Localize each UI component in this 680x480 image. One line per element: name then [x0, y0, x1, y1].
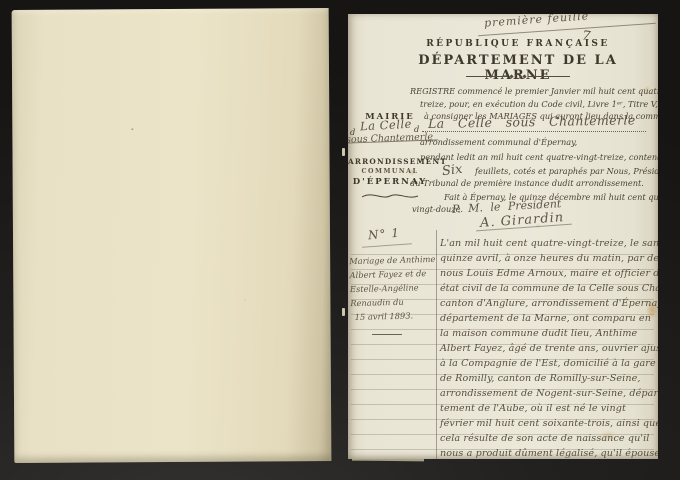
margin-vertical-rule — [436, 230, 437, 459]
act-body-line: cela résulte de son acte de naissance qu… — [440, 433, 658, 448]
register-paragraph-line: REGISTRE commencé le premier Janvier mil… — [410, 86, 658, 97]
act-body-text: L'an mil huit cent quatre-vingt-treize, … — [440, 238, 658, 459]
act-body-line: la maison commune dudit lieu, Anthime — [440, 328, 658, 343]
ornament-divider — [466, 73, 570, 79]
arrondissement-label: ARRONDISSEMENT — [348, 157, 432, 166]
feuillets-printed-text: feuillets, cotés et paraphés par Nous, P… — [475, 166, 658, 176]
ornament-bar — [466, 76, 508, 77]
paper-speck — [244, 300, 245, 301]
act-body-line: quinze avril, à onze heures du matin, pa… — [440, 253, 658, 268]
act-body-line: canton d'Anglure, arrondissement d'Épern… — [440, 298, 658, 313]
act-body-line: état civil de la commune de la Celle sou… — [440, 283, 658, 298]
act-number: N° 1 — [367, 226, 400, 243]
act-body-line: tement de l'Aube, où il est né le vingt — [440, 403, 658, 418]
left-page-blank — [12, 8, 332, 463]
ornament-bar — [528, 76, 570, 77]
binding-stitch — [342, 148, 345, 156]
flourish-ornament — [360, 191, 420, 201]
act-body-line: Albert Fayez, âgé de trente ans, ouvrier… — [440, 343, 658, 358]
register-scan-photo: première feuille 7 RÉPUBLIQUE FRANÇAISE … — [0, 0, 680, 480]
republic-title: RÉPUBLIQUE FRANÇAISE — [403, 39, 633, 49]
register-feuillets-line: Six feuillets, cotés et paraphés par Nou… — [410, 165, 658, 177]
margin-note: Mariage de Anthime Albert Fayez et de Es… — [349, 254, 437, 326]
act-body-line: arrondissement de Nogent-sur-Seine, dépa… — [440, 388, 658, 403]
act-body-line: à la Compagnie de l'Est, domicilié à la … — [440, 358, 658, 373]
act-body-line: nous a produit dûment légalisé, qu'il ép… — [440, 448, 658, 459]
register-paragraph-line: treize, pour, en exécution du Code civil… — [420, 99, 658, 110]
right-page: première feuille 7 RÉPUBLIQUE FRANÇAISE … — [348, 14, 658, 459]
paper-speck — [131, 128, 133, 130]
communal-label: COMMUNAL — [348, 168, 432, 175]
register-paragraph-line: pendant ledit an mil huit cent quatre-vi… — [420, 152, 658, 163]
ornament-diamond — [509, 74, 513, 78]
mairie-commune-handwritten-1: La Celle — [360, 117, 413, 134]
margin-note-end-dash — [372, 334, 402, 335]
ornament-diamond — [522, 74, 526, 78]
act-body-line: février mil huit cent soixante-trois, ai… — [440, 418, 658, 433]
epernay-label: D'ÉPERNAY — [348, 177, 432, 187]
act-body-line: L'an mil huit cent quatre-vingt-treize, … — [440, 238, 658, 253]
binding-stitch — [342, 308, 345, 316]
register-paragraph-line: du Tribunal de première instance dudit a… — [410, 178, 644, 189]
act-body-line: nous Louis Edme Arnoux, maire et officie… — [440, 268, 658, 283]
register-paragraph-line: arrondissement communal d'Épernay, — [420, 137, 577, 148]
act-body-line: de Romilly, canton de Romilly-sur-Seine, — [440, 373, 658, 388]
folio-annotation: première feuille — [484, 14, 590, 30]
act-body-line: département de la Marne, ont comparu en — [440, 313, 658, 328]
margin-note-line: 15 avril 1893. — [351, 310, 437, 326]
ornament-ring — [515, 73, 521, 79]
